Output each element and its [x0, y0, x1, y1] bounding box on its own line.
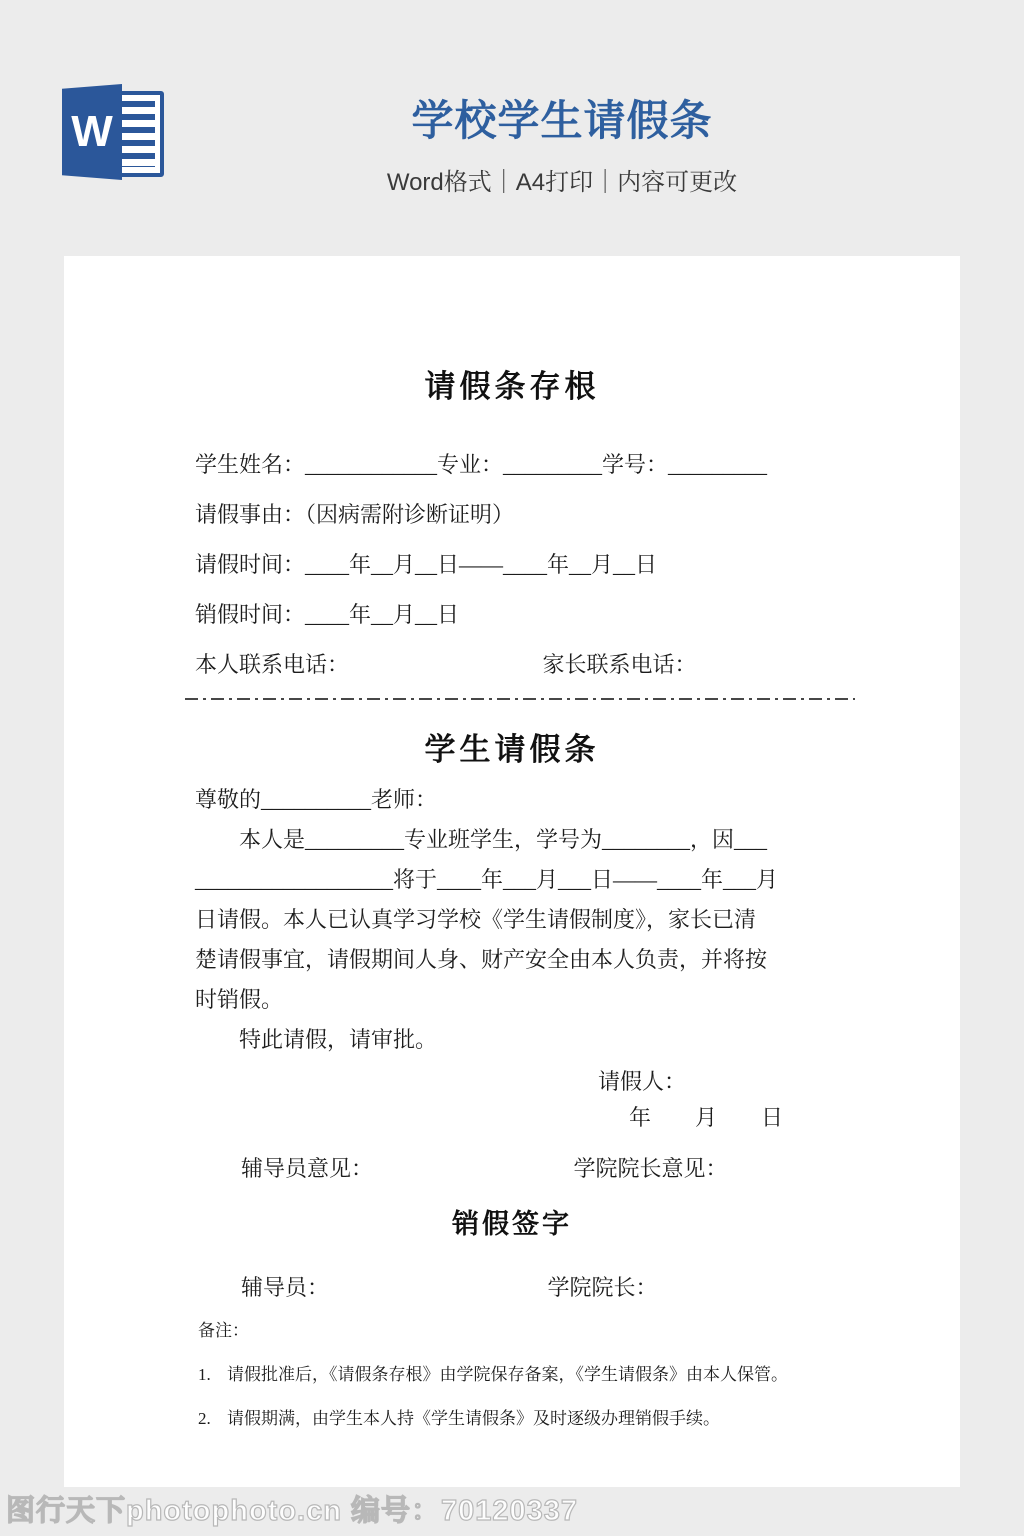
counselor-opinion-label: 辅导员意见：: [241, 1150, 568, 1188]
counselor-sign-label: 辅导员：: [241, 1270, 542, 1306]
remark-number: 1.: [198, 1364, 227, 1386]
signer-date-line: 年 月 日: [498, 1100, 960, 1136]
note-salutation: 尊敬的__________老师：: [195, 780, 830, 820]
stub-line-phones: 本人联系电话： 家长联系电话：: [195, 640, 830, 690]
stub-line-cancel-time: 销假时间：____年__月__日: [195, 590, 830, 640]
header: W 学校学生请假条 Word格式｜A4打印｜内容可更改: [0, 0, 1024, 230]
dean-sign-label: 学院院长：: [548, 1275, 658, 1300]
remark-text: 请假批准后，《请假条存根》由学院保存备案，《学生请假条》由本人保管。: [227, 1365, 788, 1384]
note-paragraph-line: 楚请假事宜，请假期间人身、财产安全由本人负责，并将按: [195, 940, 830, 980]
cancel-sign-row: 辅导员： 学院院长：: [64, 1270, 960, 1306]
page-title: 学校学生请假条: [100, 88, 1024, 148]
remarks-title: 备注：: [198, 1320, 830, 1342]
remark-item: 1.请假批准后，《请假条存根》由学院保存备案，《学生请假条》由本人保管。: [198, 1364, 830, 1386]
signer-label: 请假人：: [467, 1064, 960, 1100]
parent-phone-label: 家长联系电话：: [543, 652, 697, 677]
self-phone-label: 本人联系电话：: [195, 640, 537, 690]
note-paragraph-line: 本人是_________专业班学生，学号为________，因___: [195, 820, 830, 860]
header-text-block: 学校学生请假条 Word格式｜A4打印｜内容可更改: [100, 88, 1024, 197]
template-preview-canvas: W 学校学生请假条 Word格式｜A4打印｜内容可更改 请假条存根 学生姓名：_…: [0, 0, 1024, 1536]
note-paragraph-line: 日请假。本人已认真学习学校《学生请假制度》，家长已清: [195, 900, 830, 940]
remarks-section: 备注： 1.请假批准后，《请假条存根》由学院保存备案，《学生请假条》由本人保管。…: [67, 1320, 960, 1430]
opinions-row: 辅导员意见： 学院院长意见：: [64, 1150, 960, 1188]
stub-line-leave-time: 请假时间：____年__月__日——____年__月__日: [195, 540, 830, 590]
stub-section: 学生姓名：____________专业：_________学号：________…: [64, 440, 960, 690]
stub-section-title: 请假条存根: [64, 256, 960, 406]
cut-line-divider: [185, 698, 855, 700]
document-page: 请假条存根 学生姓名：____________专业：_________学号：__…: [64, 256, 960, 1487]
dean-opinion-label: 学院院长意见：: [574, 1156, 728, 1181]
note-closing-line: 特此请假，请审批。: [195, 1020, 830, 1060]
remark-text: 请假期满，由学生本人持《学生请假条》及时逐级办理销假手续。: [227, 1409, 720, 1428]
note-section-title: 学生请假条: [64, 730, 960, 770]
remark-number: 2.: [198, 1408, 227, 1430]
stub-line-student-name: 学生姓名：____________专业：_________学号：________…: [195, 440, 830, 490]
remark-item: 2.请假期满，由学生本人持《学生请假条》及时逐级办理销假手续。: [198, 1408, 830, 1430]
page-subtitle: Word格式｜A4打印｜内容可更改: [100, 162, 1024, 197]
watermark: 图行天下photophoto.cn 编号：70120337: [6, 1488, 578, 1529]
stub-line-leave-reason: 请假事由：（因病需附诊断证明）: [195, 490, 830, 540]
cancel-sign-title: 销假签字: [64, 1206, 960, 1242]
note-paragraph-line: __________________将于____年___月___日——____年…: [195, 860, 830, 900]
note-paragraph-line: 时销假。: [195, 980, 830, 1020]
note-body: 尊敬的__________老师： 本人是_________专业班学生，学号为__…: [64, 780, 960, 1060]
